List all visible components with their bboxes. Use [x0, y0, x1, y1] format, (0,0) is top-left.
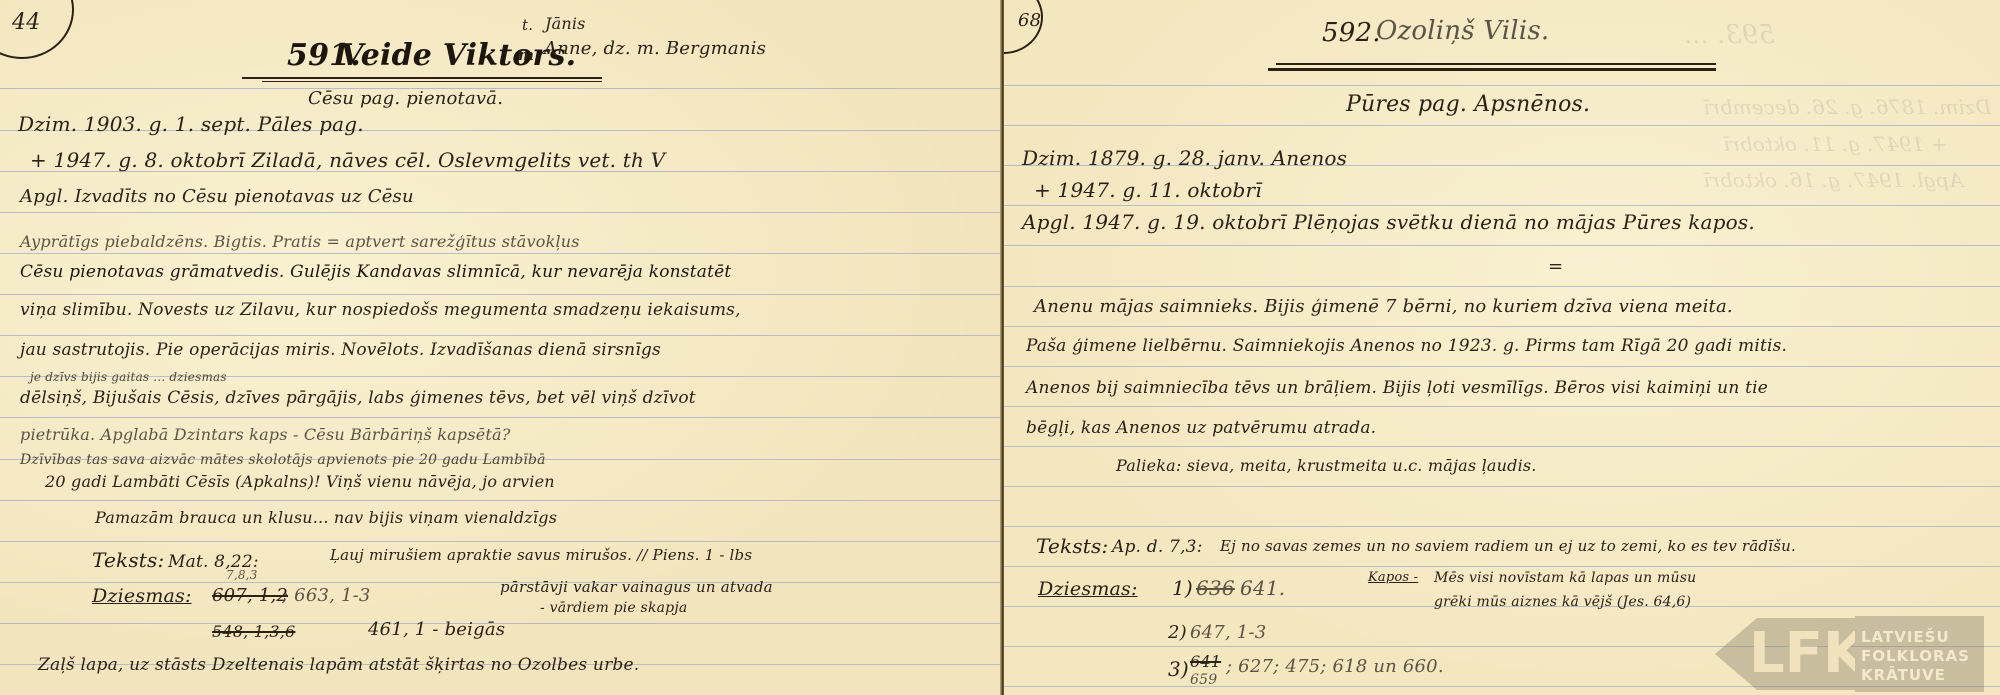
texts-reference: Ap. d. 7,3:: [1112, 537, 1203, 557]
burial-line: Apgl. Izvadīts no Cēsu pienotavas uz Cēs…: [20, 186, 414, 207]
bio-line-4: jau sastrutojis. Pie operācijas miris. N…: [20, 340, 661, 360]
logo-line-3: KRĀTUVE: [1861, 666, 1970, 685]
bio-line-3: Anenos bij saimniecība tēvs un brāļiem. …: [1026, 378, 1768, 398]
songs-item-1-value: 641.: [1240, 576, 1285, 600]
songs-note-1: pārstāvji vakar vainagus un atvada: [500, 578, 773, 596]
person-name: Veide Viktors.: [340, 38, 576, 73]
songs-side-label: Kapos -: [1368, 570, 1418, 585]
title-underline-2: [262, 81, 602, 82]
songs-correction-1: 7,8,3: [226, 568, 258, 582]
bio-line-2: Paša ģimene lielbērnu. Saimniekojis Anen…: [1026, 336, 1787, 356]
father-name: Jānis: [545, 14, 586, 33]
bio-line-5: dēlsiņš, Bijušais Cēsis, dzīves pārgājis…: [20, 388, 696, 408]
title-underline-2: [1268, 68, 1716, 71]
lfk-watermark-logo: LFK LATVIEŠU FOLKLORAS KRĀTUVE: [1715, 618, 2000, 690]
bio-line-2: Cēsu pienotavas grāmatvedis. Gulējis Kan…: [20, 262, 731, 282]
bio-line-9: Pamazām brauca un klusu... nav bijis viņ…: [95, 508, 557, 527]
lfk-logo-letters: LFK: [1749, 624, 1866, 684]
songs-item-1-num: 1): [1172, 576, 1193, 600]
parents-m-label: m.: [518, 46, 540, 64]
bio-line-8: 20 gadi Lambāti Cēsīs (Apkalns)! Viņš vi…: [45, 472, 555, 491]
bleedthrough-2: Dzim. 1876. g. 26. decembrī: [1704, 95, 1991, 119]
songs-item-2-num: 2): [1168, 622, 1187, 643]
bio-line-1: Ayprātīgs piebaldzēns. Bigtis. Pratis = …: [20, 232, 580, 251]
location: Pūres pag. Apsnēnos.: [1346, 92, 1590, 117]
texts-quote: Ej no savas zemes un no saviem radiem un…: [1220, 537, 1796, 555]
bio-line-6: pietrūka. Apglabā Dzintars kaps - Cēsu B…: [20, 425, 511, 444]
songs-label: Dziesmas:: [92, 585, 192, 607]
left-page: 44 591. Veide Viktors. t. Jānis m. Anne,…: [0, 0, 1002, 695]
lfk-logo-text: LATVIEŠU FOLKLORAS KRĀTUVE: [1855, 616, 1984, 692]
songs-label: Dziesmas:: [1038, 578, 1138, 600]
separator: =: [1548, 256, 1563, 277]
bleedthrough-4: Apgl. 1947. g. 16. oktobrī: [1704, 168, 1963, 192]
person-name: Ozoliņš Vilis.: [1376, 16, 1549, 46]
mother-name: Anne, dz. m. Bergmanis: [544, 38, 766, 59]
bio-line-4: bēgļi, kas Anenos uz patvērumu atrada.: [1026, 418, 1376, 438]
parents-t-label: t.: [522, 16, 533, 34]
pencil-insert: je dzīvs bijis gaitas ... dziesmas: [30, 370, 227, 384]
bio-line-1: Anenu mājas saimnieks. Bijis ģimenē 7 bē…: [1034, 296, 1733, 317]
songs-struck-1: 607, 1,2: [212, 585, 288, 606]
bio-line-7: Dzīvības tas sava aizvāc mātes skolotājs…: [20, 452, 546, 468]
songs-item-3-num: 3): [1168, 657, 1189, 681]
title-underline: [1276, 63, 1716, 65]
burial-line: Apgl. 1947. g. 19. oktobrī Plēņojas svēt…: [1022, 210, 1755, 234]
songs-item-3-value: ; 627; 475; 618 un 660.: [1226, 656, 1444, 677]
footer-line: Zaļš lapa, uz stāsts Dzeltenais lapām at…: [38, 655, 639, 675]
logo-line-1: LATVIEŠU: [1861, 628, 1970, 647]
songs-struck-2: 548, 1,3,6: [212, 622, 295, 641]
birth-line: Dzim. 1879. g. 28. janv. Anenos: [1022, 146, 1347, 170]
page-number: 68: [1018, 10, 1041, 31]
songs-item-1-struck: 636: [1196, 576, 1235, 600]
birth-line: Dzim. 1903. g. 1. sept. Pāles pag.: [18, 112, 364, 136]
bleedthrough-1: 593. ...: [1684, 20, 1775, 50]
lfk-logo-mark-icon: LFK: [1715, 618, 1855, 690]
songs-item-3-under: 659: [1190, 672, 1217, 688]
right-page: 593. ... Dzim. 1876. g. 26. decembrī + 1…: [1004, 0, 2000, 695]
location: Cēsu pag. pienotavā.: [308, 88, 503, 109]
songs-note-2: - vārdiem pie skapja: [540, 600, 687, 616]
songs-item-2-value: 647, 1-3: [1190, 622, 1266, 643]
songs-item-3-struck: 641: [1190, 652, 1221, 671]
entry-number: 592.: [1322, 18, 1381, 48]
page-number: 44: [12, 10, 40, 35]
songs-line-2: 461, 1 - beigās: [368, 619, 505, 640]
bleedthrough-3: + 1947. g. 11. oktobrī: [1724, 132, 1947, 156]
texts-quote: Ļauj mirušiem apraktie savus mirušos. //…: [330, 546, 752, 564]
survivors-line: Palieka: sieva, meita, krustmeita u.c. m…: [1116, 456, 1537, 475]
songs-line-1: ; 663, 1-3: [282, 585, 371, 606]
texts-label: Teksts:: [1036, 534, 1108, 558]
title-underline: [242, 77, 602, 79]
death-line: + 1947. g. 8. oktobrī Ziladā, nāves cēl.…: [30, 148, 665, 172]
death-line: + 1947. g. 11. oktobrī: [1034, 178, 1262, 202]
logo-line-2: FOLKLORAS: [1861, 647, 1970, 666]
texts-label: Teksts:: [92, 548, 164, 572]
bio-line-3: viņa slimību. Novests uz Zilavu, kur nos…: [20, 300, 741, 320]
songs-side-quote: Mēs visi novīstam kā lapas un mūsu grēki…: [1434, 566, 1734, 614]
